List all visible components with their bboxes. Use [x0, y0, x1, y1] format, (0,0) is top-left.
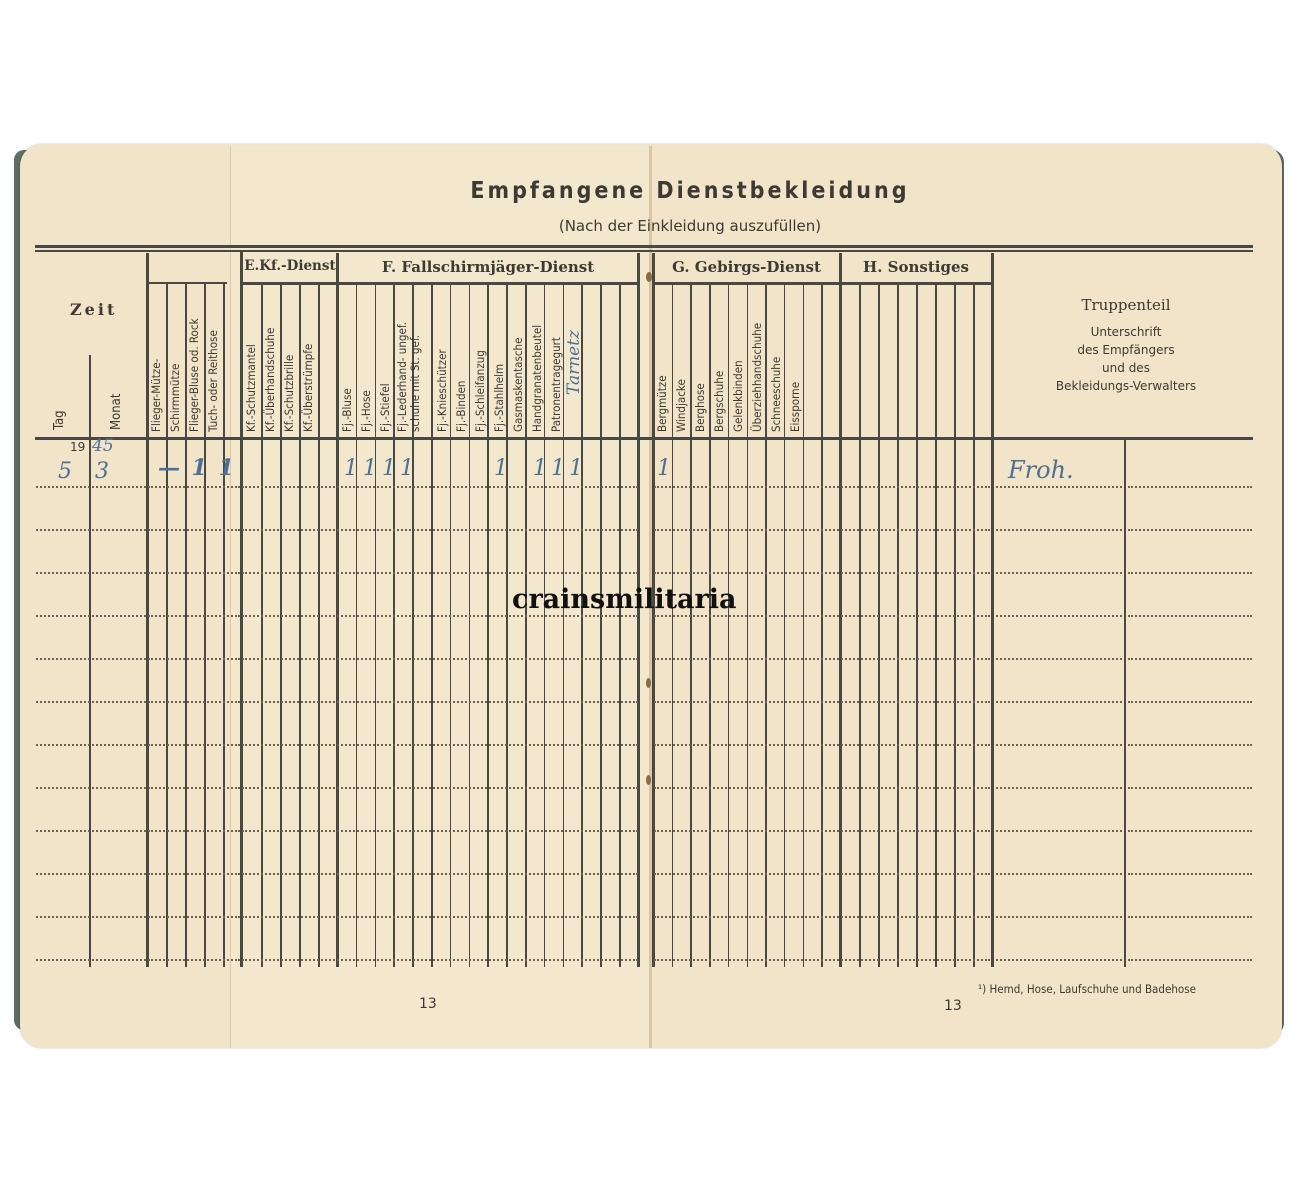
row-dotted-line [36, 916, 146, 918]
col-gasmaskentasche: Gasmaskentasche [510, 290, 527, 432]
tag-monat-divider [89, 355, 91, 967]
row-dotted-line [654, 615, 990, 617]
truppenteil-line1: Unterschrift [995, 325, 1257, 339]
page-number-left: 13 [419, 996, 437, 1012]
column-line [897, 284, 899, 967]
tag-header: Tag [51, 400, 68, 430]
row-dotted-line [996, 916, 1122, 918]
entry-fj-bluse-mark: 1 [344, 456, 358, 481]
truppenteil-header: Truppenteil [995, 296, 1257, 314]
entry-fj-lederhandschuhe-mark: 1 [400, 456, 414, 481]
staple-bottom [646, 775, 651, 785]
entry-tag: 5 [58, 459, 72, 484]
row-dotted-line [148, 744, 240, 746]
col-eissporne: Eissporne [787, 290, 804, 432]
flieger-header-rule [147, 282, 227, 284]
row-dotted-line [36, 744, 146, 746]
entry-patronentragegurt-mark: 1 [551, 456, 565, 481]
entry-fj-stiefel-mark: 1 [382, 456, 396, 481]
column-line [821, 284, 823, 967]
row-dotted-line [654, 873, 990, 875]
col-kf-ueberstruempfe: Kf.-Überstrümpfe [300, 290, 317, 432]
row-dotted-line [148, 529, 240, 531]
zeit-header: Zeit [70, 300, 117, 319]
watermark: crainsmilitaria [512, 584, 737, 615]
signature-divider [1124, 440, 1126, 967]
row-dotted-line [1128, 529, 1252, 531]
entry-extra-mark: 1 [569, 456, 583, 481]
entry-monat: 3 [95, 459, 109, 484]
row-dotted-line [654, 572, 990, 574]
col-tuchhose: Tuch- oder Reithose [205, 290, 222, 432]
row-dotted-line [654, 486, 990, 488]
col-gelenkbinden: Gelenkbinden [730, 290, 747, 432]
col-fj-stahlhelm: Fj.-Stahlhelm [491, 290, 508, 432]
entry-fj-hose-mark: 1 [363, 456, 377, 481]
column-line [431, 284, 433, 967]
column-line [973, 284, 975, 967]
row-dotted-line [242, 529, 638, 531]
row-dotted-line [148, 787, 240, 789]
truppenteil-line2: des Empfängers [995, 343, 1257, 357]
row-dotted-line [148, 959, 240, 961]
row-dotted-line [36, 873, 146, 875]
section-h-right-border [991, 253, 994, 967]
section-e-col-line [318, 284, 320, 967]
truppenteil-line3: und des [995, 361, 1257, 375]
row-dotted-line [36, 529, 146, 531]
signature-froh: Froh. [1008, 456, 1074, 484]
staple-middle [646, 678, 651, 688]
row-dotted-line [996, 830, 1122, 832]
flieger-col-line [223, 284, 225, 967]
row-dotted-line [36, 615, 146, 617]
row-dotted-line [148, 572, 240, 574]
row-dotted-line [36, 830, 146, 832]
column-line [954, 284, 956, 967]
column-line [859, 284, 861, 967]
top-rule-thin [35, 250, 1253, 252]
col-fj-schleifanzug: Fj.-Schleifanzug [472, 290, 489, 432]
col-windjacke: Windjacke [673, 290, 690, 432]
handwritten-tarnetz: Tarnetz [564, 330, 584, 395]
row-dotted-line [148, 658, 240, 660]
row-dotted-line [996, 658, 1122, 660]
col-schirmmuetze: Schirmmütze [167, 290, 184, 432]
row-dotted-line [996, 873, 1122, 875]
row-dotted-line [654, 744, 990, 746]
row-dotted-line [654, 701, 990, 703]
col-flieger-bluse: Flieger-Bluse od. Rock [186, 290, 203, 432]
col-fj-lederhandschuhe-gef: schuhe mit St. gef. [407, 290, 424, 432]
col-patronentragegurt: Patronentragegurt [548, 290, 565, 432]
row-dotted-line [996, 787, 1122, 789]
section-f-header: F. Fallschirmjäger-Dienst [339, 258, 637, 276]
section-e-header: E.Kf.-Dienst [243, 258, 337, 274]
row-dotted-line [1128, 830, 1252, 832]
footnote: ¹) Hemd, Hose, Laufschuhe und Badehose [978, 982, 1196, 996]
col-bergschuhe: Bergschuhe [711, 290, 728, 432]
row-dotted-line [242, 701, 638, 703]
col-kf-schutzbrille: Kf.-Schutzbrille [281, 290, 298, 432]
row-dotted-line [242, 658, 638, 660]
row-dotted-line [654, 916, 990, 918]
row-dotted-line [36, 701, 146, 703]
column-line [916, 284, 918, 967]
row-dotted-line [996, 529, 1122, 531]
row-dotted-line [996, 486, 1122, 488]
row-dotted-line [36, 486, 146, 488]
row-dotted-line [1128, 873, 1252, 875]
page-title: Empfangene Dienstbekleidung [0, 178, 1300, 204]
col-handgranatenbeutel: Handgranatenbeutel [529, 290, 546, 432]
section-h-header: H. Sonstiges [842, 258, 990, 276]
entry-handgranatenbeutel-mark: 1 [533, 456, 547, 481]
row-dotted-line [242, 959, 638, 961]
row-dotted-line [996, 615, 1122, 617]
row-dotted-line [36, 572, 146, 574]
row-dotted-line [242, 787, 638, 789]
row-dotted-line [996, 744, 1122, 746]
col-bergmuetze: Bergmütze [654, 290, 671, 432]
col-fj-stiefel: Fj.-Stiefel [377, 290, 394, 432]
entry-fj-stahlhelm-mark: 1 [494, 456, 508, 481]
row-dotted-line [654, 787, 990, 789]
entry-flieger-marks: — 1 1 [158, 455, 236, 481]
row-dotted-line [1128, 959, 1252, 961]
monat-header: Monat [108, 385, 125, 430]
year-suffix: 45 [92, 436, 114, 456]
row-dotted-line [1128, 701, 1252, 703]
row-dotted-line [654, 830, 990, 832]
col-fj-bluse: Fj.-Bluse [339, 290, 356, 432]
row-dotted-line [996, 572, 1122, 574]
section-h-left-border [839, 253, 842, 967]
row-dotted-line [148, 916, 240, 918]
row-dotted-line [242, 873, 638, 875]
column-line [619, 284, 621, 967]
row-dotted-line [996, 959, 1122, 961]
page-number-right: 13 [944, 998, 962, 1014]
column-line [935, 284, 937, 967]
row-dotted-line [148, 486, 240, 488]
col-flieger-muetze: Flieger-Mütze- [148, 290, 165, 432]
row-dotted-line [242, 744, 638, 746]
year-prefix: 19 [70, 440, 85, 454]
col-schneeschuhe: Schneeschuhe [768, 290, 785, 432]
row-dotted-line [36, 658, 146, 660]
row-dotted-line [654, 529, 990, 531]
top-rule [35, 245, 1253, 248]
row-dotted-line [36, 787, 146, 789]
row-dotted-line [1128, 658, 1252, 660]
section-g-header: G. Gebirgs-Dienst [655, 258, 838, 276]
row-dotted-line [148, 873, 240, 875]
col-berghose: Berghose [692, 290, 709, 432]
entry-bergmuetze-mark: 1 [657, 456, 671, 481]
row-dotted-line [654, 959, 990, 961]
row-dotted-line [148, 830, 240, 832]
header-bottom-rule [35, 437, 1253, 440]
col-fj-hose: Fj.-Hose [358, 290, 375, 432]
row-dotted-line [1128, 486, 1252, 488]
col-fj-binden: Fj.-Binden [453, 290, 470, 432]
column-line [878, 284, 880, 967]
col-ueberziehhandschuhe: Überziehhandschuhe [749, 290, 766, 432]
truppenteil-line4: Bekleidungs-Verwalters [995, 379, 1257, 393]
col-fj-knieschuetzer: Fj.-Knieschützer [434, 290, 451, 432]
row-dotted-line [1128, 572, 1252, 574]
row-dotted-line [242, 615, 638, 617]
row-dotted-line [242, 830, 638, 832]
col-kf-ueberhandschuhe: Kf.-Überhandschuhe [262, 290, 279, 432]
page-subtitle: (Nach der Einkleidung auszufüllen) [0, 217, 1300, 235]
row-dotted-line [1128, 916, 1252, 918]
row-dotted-line [1128, 615, 1252, 617]
row-dotted-line [242, 916, 638, 918]
row-dotted-line [148, 701, 240, 703]
column-line [600, 284, 602, 967]
row-dotted-line [1128, 787, 1252, 789]
ef-header-rule [241, 282, 639, 285]
row-dotted-line [242, 572, 638, 574]
row-dotted-line [1128, 744, 1252, 746]
row-dotted-line [36, 959, 146, 961]
row-dotted-line [996, 701, 1122, 703]
row-dotted-line [654, 658, 990, 660]
row-dotted-line [242, 486, 638, 488]
col-kf-schutzmantel: Kf.-Schutzmantel [243, 290, 260, 432]
row-dotted-line [148, 615, 240, 617]
